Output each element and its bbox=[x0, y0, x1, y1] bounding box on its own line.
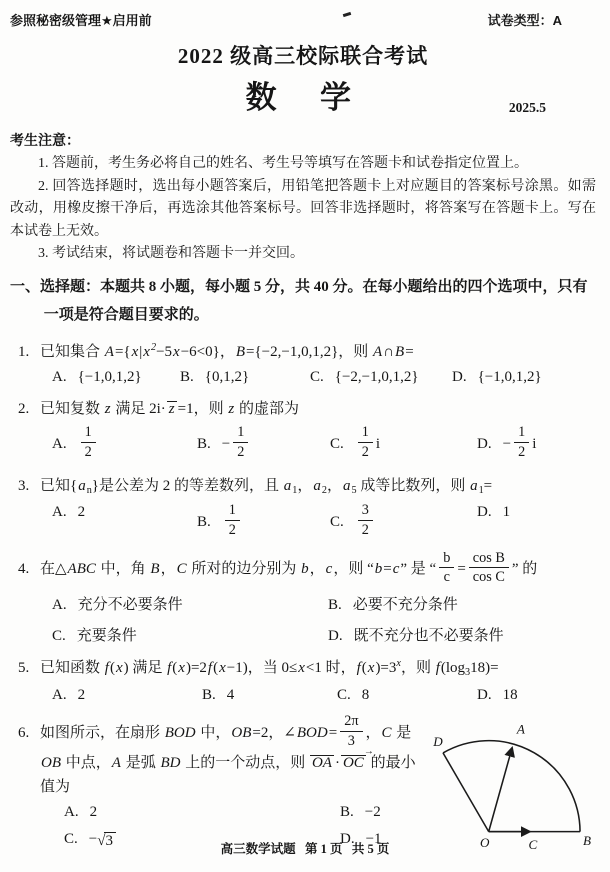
figure-label-d: D bbox=[432, 734, 443, 749]
option-label: C. bbox=[330, 436, 344, 452]
options-row: A.12 B.−12 C.12i D.−12i bbox=[10, 426, 596, 463]
option-value: {0,1,2} bbox=[205, 369, 249, 385]
notice-heading: 考生注意： bbox=[10, 131, 596, 153]
question-1: 1.已知集合 A={x|x2−5x−6<0}，B={−2,−1,0,1,2}，则… bbox=[10, 340, 596, 386]
option-label: B. bbox=[328, 597, 342, 613]
figure-label-a: A bbox=[516, 721, 526, 736]
option-label: A. bbox=[52, 504, 67, 520]
options-row: A.2 B.12 C.32 D.1 bbox=[10, 504, 596, 541]
option-b: B.−12 bbox=[197, 426, 330, 463]
option-label: D. bbox=[452, 369, 467, 385]
option-value: {−2,−1,0,1,2} bbox=[335, 369, 419, 385]
exam-page: 参照秘密级管理★启用前 试卷类型：A 2022 级高三校际联合考试 数 学 20… bbox=[0, 0, 610, 872]
option-label: B. bbox=[202, 687, 216, 703]
option-value: 1 bbox=[503, 504, 511, 520]
option-label: D. bbox=[328, 628, 343, 644]
option-d: D.18 bbox=[477, 687, 596, 704]
option-value: −12 bbox=[222, 436, 252, 452]
option-label: D. bbox=[477, 504, 492, 520]
options-row: A.2 B.4 C.8 D.18 bbox=[10, 687, 596, 704]
notice-item-1: 1. 答题前，考生务必将自己的姓名、考生号等填写在答题卡和试卷指定位置上。 bbox=[10, 153, 596, 175]
option-label: C. bbox=[337, 687, 351, 703]
option-value: 既不充分也不必要条件 bbox=[354, 628, 504, 644]
subject-row: 数 学 2025.5 bbox=[10, 72, 596, 118]
option-d: D.1 bbox=[477, 504, 596, 541]
option-value: {−1,0,1,2} bbox=[478, 369, 542, 385]
option-label: B. bbox=[340, 804, 354, 820]
option-a: A.{−1,0,1,2} bbox=[52, 369, 180, 386]
option-a: A.12 bbox=[52, 426, 197, 463]
sector-figure: O C B D A bbox=[432, 715, 594, 853]
option-label: B. bbox=[197, 514, 211, 530]
option-a: A.2 bbox=[64, 804, 340, 821]
question-6: O C B D A 6.如图所示，在扇形 BOD 中，OB=2，∠BOD=2π3… bbox=[10, 715, 596, 851]
option-label: B. bbox=[180, 369, 194, 385]
page-header: 参照秘密级管理★启用前 试卷类型：A bbox=[10, 8, 596, 29]
option-value: 8 bbox=[362, 687, 370, 703]
exam-title: 2022 级高三校际联合考试 bbox=[10, 40, 596, 70]
question-2: 2.已知复数 z 满足 2i·z=1，则 z 的虚部为 A.12 B.−12 C… bbox=[10, 397, 596, 463]
option-value: 2 bbox=[78, 687, 86, 703]
vector-oa-arrow bbox=[489, 748, 512, 832]
question-number: 1. bbox=[18, 340, 40, 364]
subject-title: 数 学 bbox=[246, 72, 361, 117]
question-number: 2. bbox=[18, 397, 40, 421]
option-label: D. bbox=[477, 436, 492, 452]
option-value: 4 bbox=[227, 687, 235, 703]
option-b: B.−2 bbox=[340, 804, 428, 821]
option-value: 12 bbox=[222, 514, 243, 530]
question-text: 已知集合 A={x|x2−5x−6<0}，B={−2,−1,0,1,2}，则 A… bbox=[40, 344, 414, 360]
option-c: C.充要条件 bbox=[52, 624, 328, 645]
option-label: B. bbox=[197, 436, 211, 452]
option-c: C.12i bbox=[330, 426, 477, 463]
figure-radius-od bbox=[443, 753, 489, 832]
options-grid: A.充分不必要条件 B.必要不充分条件 C.充要条件 D.既不充分也不必要条件 bbox=[10, 593, 596, 645]
section-heading: 一、选择题：本题共 8 小题，每小题 5 分，共 40 分。在每小题给出的四个选… bbox=[10, 274, 596, 329]
question-number: 6. bbox=[18, 721, 40, 745]
question-text: 已知复数 z 满足 2i·z=1，则 z 的虚部为 bbox=[40, 401, 299, 417]
option-label: A. bbox=[52, 687, 67, 703]
figure-arc-bd bbox=[443, 740, 580, 831]
question-text: 已知函数 f(x) 满足 f(x)=2f(x−1)，当 0≤x<1 时，f(x)… bbox=[40, 660, 499, 676]
question-5: 5.已知函数 f(x) 满足 f(x)=2f(x−1)，当 0≤x<1 时，f(… bbox=[10, 656, 596, 703]
option-label: A. bbox=[52, 369, 67, 385]
option-label: A. bbox=[52, 436, 67, 452]
question-text: 已知{an}是公差为 2 的等差数列，且 a1，a2，a5 成等比数列，则 a1… bbox=[40, 478, 492, 494]
question-text: 如图所示，在扇形 BOD 中，OB=2，∠BOD=2π3，C 是 OB 中点，A… bbox=[40, 725, 416, 796]
option-value: 2 bbox=[78, 504, 86, 520]
question-stem: 2.已知复数 z 满足 2i·z=1，则 z 的虚部为 bbox=[10, 397, 596, 421]
option-c: C.{−2,−1,0,1,2} bbox=[310, 369, 452, 386]
option-d: D.−12i bbox=[477, 426, 596, 463]
notice-item-2: 2. 回答选择题时，选出每小题答案后，用铅笔把答题卡上对应题目的答案标号涂黑。如… bbox=[10, 176, 596, 243]
paper-type: 试卷类型：A bbox=[488, 10, 562, 29]
question-4: 4.在△ABC 中，角 B，C 所对的边分别为 b，c，则 “b=c” 是 “b… bbox=[10, 552, 596, 646]
candidate-notice: 考生注意： 1. 答题前，考生务必将自己的姓名、考生号等填写在答题卡和试卷指定位… bbox=[10, 131, 596, 265]
option-d: D.既不充分也不必要条件 bbox=[328, 624, 596, 645]
option-c: C.32 bbox=[330, 504, 477, 541]
option-value: −2 bbox=[365, 804, 381, 820]
question-number: 3. bbox=[18, 474, 40, 498]
option-value: 12i bbox=[355, 436, 380, 452]
question-stem: 3.已知{an}是公差为 2 的等差数列，且 a1，a2，a5 成等比数列，则 … bbox=[10, 474, 596, 499]
option-value: 18 bbox=[503, 687, 518, 703]
option-label: D. bbox=[477, 687, 492, 703]
question-text: 在△ABC 中，角 B，C 所对的边分别为 b，c，则 “b=c” 是 “bc=… bbox=[40, 561, 537, 577]
security-notice: 参照秘密级管理★启用前 bbox=[10, 10, 152, 29]
option-label: A. bbox=[52, 597, 67, 613]
option-b: B.{0,1,2} bbox=[180, 369, 310, 386]
option-a: A.2 bbox=[52, 504, 197, 541]
option-a: A.充分不必要条件 bbox=[52, 593, 328, 614]
question-stem: 5.已知函数 f(x) 满足 f(x)=2f(x−1)，当 0≤x<1 时，f(… bbox=[10, 656, 596, 681]
option-label: C. bbox=[330, 514, 344, 530]
question-stem: 4.在△ABC 中，角 B，C 所对的边分别为 b，c，则 “b=c” 是 “b… bbox=[10, 552, 596, 589]
page-footer: 高三数学试题 第 1 页 共 5 页 bbox=[0, 839, 610, 857]
notice-item-3: 3. 考试结束，将试题卷和答题卡一并交回。 bbox=[10, 243, 596, 265]
question-stem: 1.已知集合 A={x|x2−5x−6<0}，B={−2,−1,0,1,2}，则… bbox=[10, 340, 596, 364]
option-b: B.必要不充分条件 bbox=[328, 593, 596, 614]
option-a: A.2 bbox=[52, 687, 202, 704]
option-value: 必要不充分条件 bbox=[353, 597, 458, 613]
question-3: 3.已知{an}是公差为 2 的等差数列，且 a1，a2，a5 成等比数列，则 … bbox=[10, 474, 596, 541]
sector-figure-svg: O C B D A bbox=[432, 715, 594, 853]
option-value: −12i bbox=[503, 436, 537, 452]
option-value: {−1,0,1,2} bbox=[78, 369, 142, 385]
options-row: A.{−1,0,1,2} B.{0,1,2} C.{−2,−1,0,1,2} D… bbox=[10, 369, 596, 386]
option-c: C.8 bbox=[337, 687, 477, 704]
option-value: 12 bbox=[78, 436, 99, 452]
option-value: 充分不必要条件 bbox=[78, 597, 183, 613]
question-number: 4. bbox=[18, 557, 40, 581]
option-value: 2 bbox=[90, 804, 98, 820]
question-number: 5. bbox=[18, 656, 40, 680]
option-value: 32 bbox=[355, 514, 376, 530]
option-label: C. bbox=[52, 628, 66, 644]
exam-date: 2025.5 bbox=[509, 100, 546, 116]
option-label: A. bbox=[64, 804, 79, 820]
option-label: C. bbox=[310, 369, 324, 385]
option-d: D.{−1,0,1,2} bbox=[452, 369, 596, 386]
option-b: B.12 bbox=[197, 504, 330, 541]
option-b: B.4 bbox=[202, 687, 337, 704]
option-value: 充要条件 bbox=[77, 628, 137, 644]
